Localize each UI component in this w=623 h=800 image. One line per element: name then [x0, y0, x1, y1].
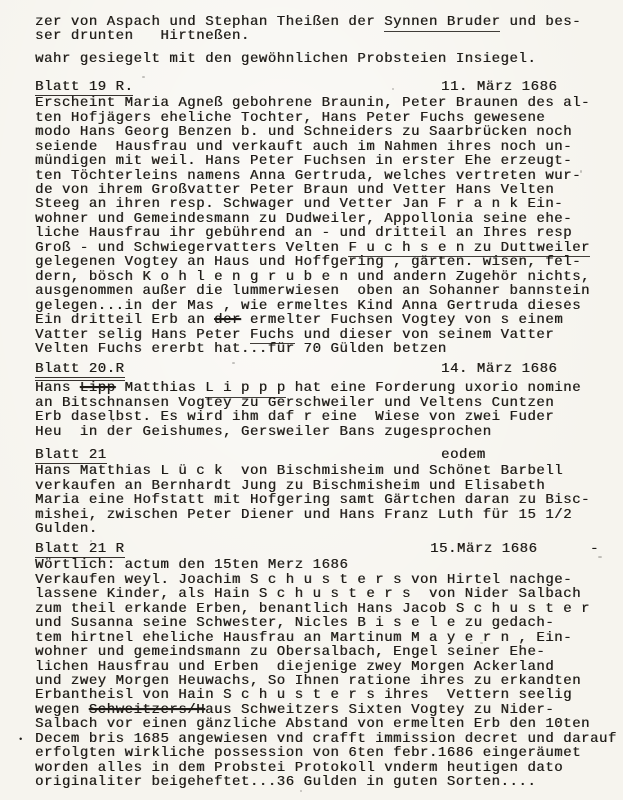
paragraph: zer von Aspach und Stephan Theißen der S… [35, 15, 599, 44]
text-line: wahr gesiegelt mit den gewöhnlichen Prob… [35, 52, 599, 66]
entry-heading-title: Blatt 20.R [35, 362, 125, 381]
document-content: zer von Aspach und Stephan Theißen der S… [35, 15, 599, 790]
text-line: de von ihrem Großvatter Peter Braun und … [35, 183, 599, 197]
text-line: Hans Matthias L ü c k von Bischmisheim u… [35, 464, 599, 478]
text-line: wegen Schweitzers/Haus Schweitzers Sixte… [35, 703, 599, 717]
text-line: lichen Hausfrau und Erben diejenige zwey… [35, 660, 599, 674]
text-line: •Decem bris 1685 angewiesen vnd crafft i… [35, 732, 599, 746]
text-line: Verkaufen weyl. Joachim S c h u s t e r … [35, 573, 599, 587]
text-line: liche Hausfrau ihr gebührend an - und dr… [35, 226, 599, 240]
paragraph: wahr gesiegelt mit den gewöhnlichen Prob… [35, 52, 599, 66]
text-line: Gulden. [35, 522, 599, 536]
entry-date: eodem [441, 448, 599, 462]
text-line: Wörtlich: actum den 15ten Merz 1686 [35, 558, 599, 572]
entry-heading-title: Blatt 21 R [35, 542, 125, 558]
paragraph: Hans Matthias L ü c k von Bischmisheim u… [35, 464, 599, 536]
text-line: Vatter selig Hans Peter Fuchs und dieser… [35, 328, 599, 342]
text-line: und zwey Morgen Heuwachs, So Ihnen ratio… [35, 674, 599, 688]
entry-heading: Blatt 21 R15.März 1686- [35, 542, 599, 558]
text-line: Velten Fuchs ererbt hat...für 70 Gülden … [35, 342, 599, 356]
text-line: ten Töchterleins namens Anna Gertruda, w… [35, 169, 599, 183]
text-line: mishei, zwischen Peter Diener und Hans F… [35, 508, 599, 522]
entry-heading: Blatt 20.R14. März 1686 [35, 362, 599, 381]
text-line: gelegen...in der Mas , wie ermeltes Kind… [35, 299, 599, 313]
text-line: dern, bösch K o h l e n g r u b e n und … [35, 270, 599, 284]
scanned-document-page: zer von Aspach und Stephan Theißen der S… [0, 0, 623, 800]
text-line: ten Hofjägers eheliche Tochter, Hans Pet… [35, 111, 599, 125]
entry-date: 15.März 1686 [430, 542, 588, 556]
text-line: zer von Aspach und Stephan Theißen der S… [35, 15, 599, 29]
text-line: zum theil erkande Erben, benantlich Hans… [35, 602, 599, 616]
entry-heading-title: Blatt 21 [35, 448, 107, 464]
text-line: Erb daselbst. Es wird ihm daf r eine Wie… [35, 410, 599, 424]
text-line: an Bitschnansen Vogtey zu Gerschweiler u… [35, 396, 599, 410]
text-line: tem hirtnel eheliche Hausfrau an Martinu… [35, 631, 599, 645]
text-line: Ein dritteil Erb an der ermelter Fuchsen… [35, 313, 599, 327]
entry-date-suffix: - [590, 542, 599, 556]
text-line: Maria eine Hofstatt mit Hofgering samt G… [35, 493, 599, 507]
paragraph: Erscheint Maria Agneß gebohrene Braunin,… [35, 96, 599, 356]
text-line: und Susanna seine Schwester, Nicles B i … [35, 616, 599, 630]
text-segment: und bes- [500, 14, 581, 30]
text-line: wohner und Gemeindesmann zu Dudweiler, A… [35, 212, 599, 226]
entry-heading: Blatt 21eodem [35, 448, 599, 464]
text-line: Groß - und Schwiegervatters Velten F u c… [35, 241, 599, 255]
entry-heading-title: Blatt 19 R. [35, 80, 133, 96]
scan-speckle [232, 362, 235, 364]
text-line: wohner und gemeindsmann zu Obersalbach, … [35, 645, 599, 659]
text-line: Erscheint Maria Agneß gebohrene Braunin,… [35, 96, 599, 110]
scan-speckle [300, 790, 302, 792]
entry-heading: Blatt 19 R.11. März 1686 [35, 80, 599, 96]
text-line: verkaufen an Bernhardt Jung zu Bischmish… [35, 479, 599, 493]
scan-speckle [90, 540, 92, 542]
text-line: Erbantheisl von Hain S c h u s t e r s i… [35, 688, 599, 702]
scan-speckle [302, 244, 304, 247]
text-line: seiende Hausfrau und verkauft auch im Na… [35, 140, 599, 154]
text-line: erfolgten wirkliche possession von 6ten … [35, 746, 599, 760]
text-line: Heu in der Geishumes, Gersweiler Bans zu… [35, 425, 599, 439]
text-line: modo Hans Georg Benzen b. und Schneiders… [35, 125, 599, 139]
entry-date: 14. März 1686 [441, 362, 599, 376]
scan-speckle [142, 76, 145, 78]
text-line: ser drunten Hirtneßen. [35, 29, 599, 43]
text-line: lassene Kinder, als Hain S c h u s t e r… [35, 587, 599, 601]
text-line: mündigen mit weil. Hans Peter Fuchsen in… [35, 154, 599, 168]
text-line: originaliter beigeheftet...36 Gulden in … [35, 775, 599, 789]
scan-speckle [480, 642, 483, 644]
paragraph: Hans Lipp Matthias L i p p p hat eine Fo… [35, 381, 599, 439]
scan-speckle [580, 170, 582, 173]
margin-mark: • [18, 736, 24, 745]
scan-speckle [598, 556, 602, 558]
text-line: Steeg an ihren resp. Schwager und Vetter… [35, 197, 599, 211]
text-line: worden alles in dem Probstei Protokoll v… [35, 761, 599, 775]
text-line: Salbach vor einen gänzliche Abstand von … [35, 717, 599, 731]
scan-speckle [566, 300, 569, 302]
text-line: ausgenommen außer die lummerwiesen oben … [35, 284, 599, 298]
scan-speckle [392, 88, 394, 90]
entry-date: 11. März 1686 [441, 80, 599, 94]
text-line: gelegenen Vogtey an Haus und Hoffgering … [35, 255, 599, 269]
paragraph: Wörtlich: actum den 15ten Merz 1686Verka… [35, 558, 599, 789]
scan-speckle [112, 420, 114, 422]
text-line: Hans Lipp Matthias L i p p p hat eine Fo… [35, 381, 599, 395]
